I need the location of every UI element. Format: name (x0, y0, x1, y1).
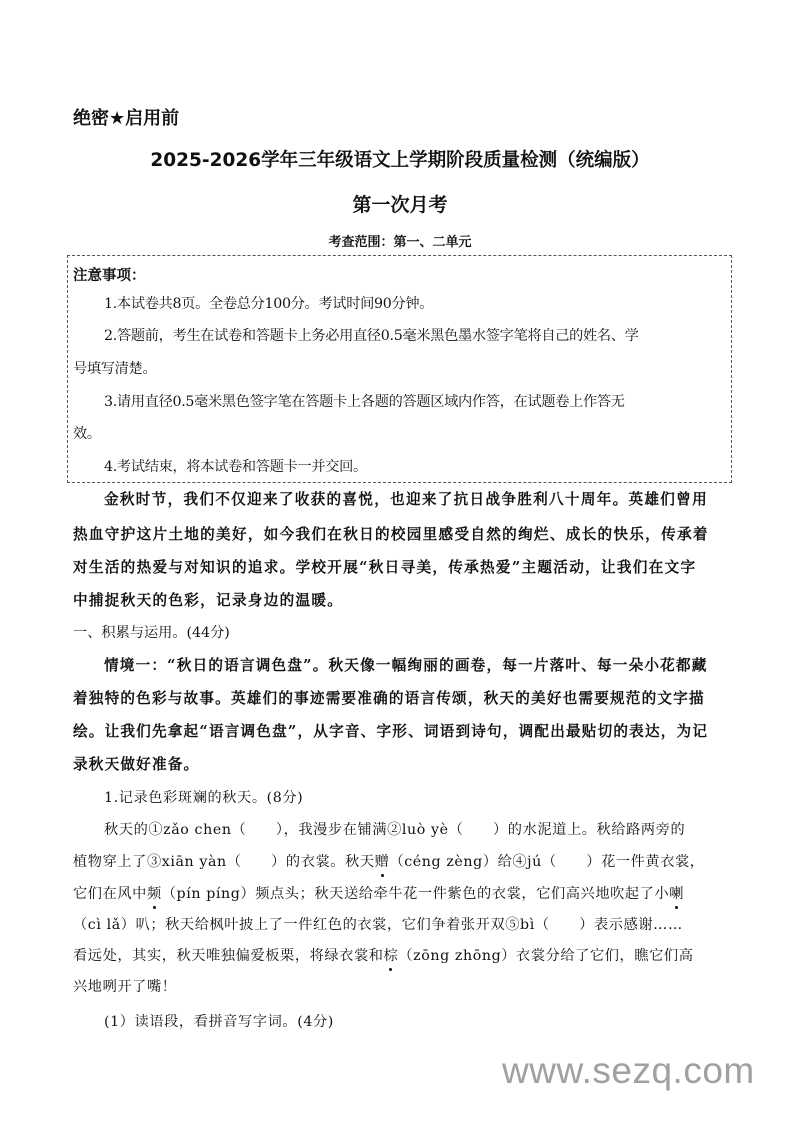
passage-text: （céng zèng）给④jú（ ）花一件黄衣裳， (389, 854, 704, 870)
notice-item-2-cont: 号填写清楚。 (73, 360, 156, 378)
intro-line: 金秋时节，我们不仅迎来了收获的喜悦，也迎来了抗日战争胜利八十周年。英雄们曾用 (104, 491, 708, 509)
emphasized-char: 频 (147, 885, 162, 903)
notice-item-1: 1.本试卷共8页。全卷总分100分。考试时间90分钟。 (104, 295, 433, 313)
passage-line: 看远处，其实，秋天唯独偏爱板栗，将绿衣裳和棕（zōng zhōng）衣裳分给了它… (73, 947, 694, 965)
context-line: 着独特的色彩与故事。英雄们的事迹需要准确的语言传颂，秋天的美好也需要规范的文字描 (73, 690, 705, 708)
emphasized-char: 喇 (669, 885, 684, 903)
passage-text: （zōng zhōng）衣裳分给了它们，瞧它们高 (398, 948, 693, 964)
emphasized-char: 赠 (375, 853, 390, 871)
confidential-mark: 绝密★启用前 (73, 104, 179, 130)
section-heading: 一、积累与运用。(44分) (73, 624, 230, 642)
emphasized-char: 棕 (384, 947, 399, 965)
intro-line: 对生活的热爱与对知识的追求。学校开展“秋日寻美，传承热爱”主题活动，让我们在文字 (73, 559, 696, 577)
intro-line: 中捕捉秋天的色彩，记录身边的温暖。 (73, 592, 343, 610)
notice-box (67, 255, 732, 483)
question-title: 1.记录色彩斑斓的秋天。(8分) (104, 789, 303, 807)
sub-question-1: (1）读语段，看拼音写字词。(4分) (104, 1013, 334, 1031)
notice-item-2: 2.答题前，考生在试卷和答题卡上务必用直径0.5毫米黑色墨水签字笔将自己的姓名、… (104, 327, 639, 345)
passage-line: 它们在风中频（pín píng）频点头；秋天送给牵牛花一件紫色的衣裳，它们高兴地… (73, 885, 684, 903)
notice-item-3-cont: 效。 (73, 425, 101, 443)
passage-text: 看远处，其实，秋天唯独偏爱板栗，将绿衣裳和 (73, 948, 384, 964)
exam-subtitle: 第一次月考 (0, 190, 800, 217)
exam-scope: 考查范围：第一、二单元 (0, 231, 800, 250)
notice-title: 注意事项： (73, 264, 146, 285)
passage-text: （pín píng）频点头；秋天送给牵牛花一件紫色的衣裳，它们高兴地吹起了小 (162, 886, 670, 902)
passage-line: 植物穿上了③xiān yàn（ ）的衣裳。秋天赠（céng zèng）给④jú（… (73, 853, 705, 871)
passage-text: 它们在风中 (73, 886, 147, 902)
watermark: www.sezq.com (502, 1050, 755, 1092)
notice-item-4: 4.考试结束，将本试卷和答题卡一并交回。 (104, 458, 367, 476)
intro-line: 热血守护这片土地的美好，如今我们在秋日的校园里感受自然的绚烂、成长的快乐，传承着 (73, 526, 709, 544)
notice-item-3: 3.请用直径0.5毫米黑色签字笔在答题卡上各题的答题区域内作答，在试题卷上作答无 (104, 393, 625, 411)
context-line: 绘。让我们先拿起“语言调色盘”，从字音、字形、词语到诗句，调配出最贴切的表达，为… (73, 723, 708, 741)
passage-line: 兴地咧开了嘴！ (73, 978, 177, 996)
passage-line: 秋天的①zǎo chen（ ），我漫步在铺满②luò yè（ ）的水泥道上。秋给… (104, 821, 685, 839)
exam-title: 2025-2026学年三年级语文上学期阶段质量检测（统编版） (0, 146, 800, 172)
context-line: 情境一：“秋日的语言调色盘”。秋天像一幅绚丽的画卷，每一片落叶、每一朵小花都藏 (104, 657, 708, 675)
passage-line: （cì lǎ）叭；秋天给枫叶披上了一件红色的衣裳，它们争着张开双⑤bì（ ）表示… (73, 916, 683, 934)
passage-text: 植物穿上了③xiān yàn（ ）的衣裳。秋天 (73, 854, 375, 870)
context-line: 录秋天做好准备。 (73, 756, 199, 774)
